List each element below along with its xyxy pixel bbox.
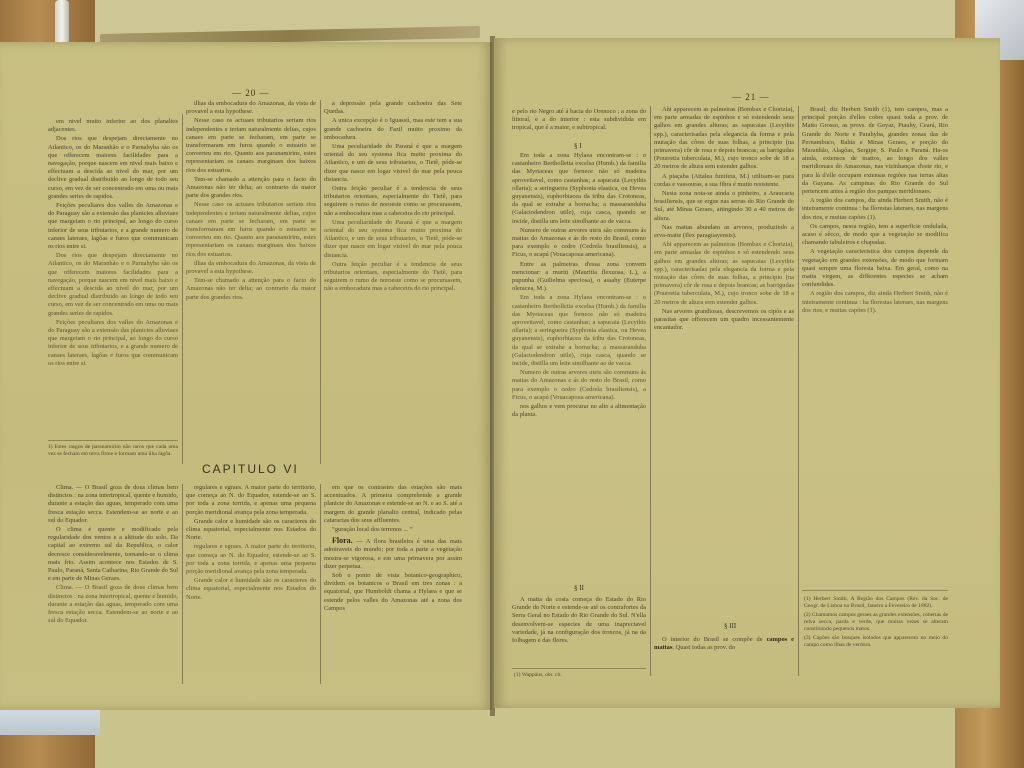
paragraph: Grande calor e humidade são os caractere…: [186, 577, 316, 602]
right-col-2: Ahi apparecem as palmeiras (Bombax e Cho…: [654, 106, 794, 606]
paragraph: Outra feição peculiar é a tendencia de s…: [324, 261, 462, 294]
paragraph: Feições peculiares dos valles do Amazona…: [48, 319, 178, 368]
paragraph: A região dos campos, diz ainda Herbert S…: [802, 290, 948, 315]
footnote: (3) Capões são bosques isolados que appa…: [804, 635, 948, 649]
paragraph: ilhas da embocadura do Amazonas, da vist…: [186, 260, 316, 276]
left-col-2-top: ilhas da embocadura do Amazonas, da vist…: [186, 100, 316, 462]
paragraph: e pelo rio Negro até á bacia do Orenoco …: [512, 108, 646, 133]
paragraph: ilhas da embocadura do Amazonas, da vist…: [186, 100, 316, 116]
paragraph: Numero de outras arvores uteis são commu…: [512, 369, 646, 402]
paragraph: Ahi apparecem as palmeiras (Bombax e Cho…: [654, 241, 794, 307]
paragraph: regulares e egraes. A maior parte do ter…: [186, 484, 316, 517]
column-rule: [320, 484, 321, 684]
page-number-right: — 21 —: [732, 92, 770, 102]
paragraph: Sob o ponto de vista botanico-geographic…: [324, 572, 462, 613]
paragraph: A unica excepção é o Iguassú, mas este t…: [324, 117, 462, 142]
paragraph: Outra feição peculiar é a tendencia de s…: [324, 185, 462, 218]
paragraph: a depressão pela grande cachoeira das Se…: [324, 100, 462, 116]
paragraph: Nesse caso os actuaes tributarios seriam…: [186, 201, 316, 258]
paragraph: Nesta zona nota-se ainda o pinheiro, a A…: [654, 190, 794, 223]
paragraph: Uma peculiaridade do Paraná é que a marg…: [324, 143, 462, 184]
right-col-1: Em toda a zona Hylaea encontram-se : o c…: [512, 152, 646, 572]
footnotes-right: (1) Herbert Smith, A Região dos Campos (…: [804, 596, 948, 649]
paragraph: Dos rios que despejam directamente no At…: [48, 252, 178, 318]
footnote-left: 1) Estes rasgos de paranamirim não raros…: [48, 444, 178, 458]
paragraph: Grande calor e humidade são os caractere…: [186, 518, 316, 543]
section-3-tail: . Quasi todas as prov. do: [672, 644, 735, 651]
chapter-title: CAPITULO VI: [202, 462, 299, 476]
footnote-divider: [512, 668, 646, 669]
column-rule: [182, 114, 183, 464]
paragraph: O interior do Brasil se compõe de campos…: [654, 636, 794, 652]
flora-heading: Flora.: [332, 536, 353, 545]
right-col-1-section-2: A matta da costa começa do Estado do Rio…: [512, 596, 646, 666]
paragraph: Ahi apparecem as palmeiras (Bombax e Cho…: [654, 106, 794, 172]
section-heading-3: § III: [724, 622, 736, 630]
paragraph: A piaçaba (Attalea funifera, M.) utilisa…: [654, 173, 794, 189]
paragraph: Nas mattas abundam as arvores, produzind…: [654, 224, 794, 240]
paragraph: regulares e egraes. A maior parte do ter…: [186, 543, 316, 576]
left-col-1-top: em nivel muito inferior ao dos planaltos…: [48, 118, 178, 438]
paragraph: A matta da costa começa do Estado do Rio…: [512, 596, 646, 645]
paragraph: A região dos campos, diz ainda Herbert S…: [802, 197, 948, 222]
paragraph: “guração local dos terrenos ... ”: [324, 526, 462, 534]
paragraph: O clima é quente e modificado pela regul…: [48, 526, 178, 583]
footnote: (2) Chamamos campos geraes as grandes ex…: [804, 612, 948, 633]
paragraph: Nas arvores grandiosas, descrevemos os c…: [654, 308, 794, 333]
right-page: — 21 — e pelo rio Negro até á bacia do O…: [494, 38, 1000, 708]
paragraph: nos galhos e vem procurar no alto a alim…: [512, 403, 646, 419]
left-col-2-bottom: regulares e egraes. A maior parte do ter…: [186, 484, 316, 684]
section-3-lead: O interior do Brasil se compõe de: [662, 636, 767, 643]
column-rule: [182, 484, 183, 684]
page-number-left: — 20 —: [232, 88, 270, 98]
left-col-3-bottom: em que os contrastes das estações são ma…: [324, 484, 462, 684]
paragraph: Numero de outras arvores uteis são commu…: [512, 227, 646, 260]
footnote: (1) Herbert Smith, A Região dos Campos (…: [804, 596, 948, 610]
paragraph: Clima. — O Brasil goza de dous climas be…: [48, 584, 178, 625]
section-heading-2: § II: [574, 584, 584, 592]
left-col-1-bottom: Clima. — O Brasil goza de dous climas be…: [48, 484, 178, 684]
paragraph: Dos rios que despejam directamente no At…: [48, 135, 178, 201]
footnote-wappaus: (1) Wappäus, obr. cit.: [514, 672, 644, 679]
left-page: — 20 — em nivel muito inferior ao dos pl…: [0, 42, 492, 710]
paragraph: em nivel muito inferior ao dos planaltos…: [48, 118, 178, 134]
paragraph: Nesse caso os actuaes tributarios seriam…: [186, 117, 316, 174]
flora-paragraph: Flora. — A flora brasileira é uma das ma…: [324, 537, 462, 571]
paragraph: Os campos, nessa região, tem a superfici…: [802, 223, 948, 248]
paragraph: Tem-se chamado a attenção para o facto d…: [186, 277, 316, 302]
paragraph: Entre as palmeiras d'essa zona convem me…: [512, 261, 646, 294]
open-book: — 20 — em nivel muito inferior ao dos pl…: [0, 30, 1000, 720]
paragraph: Brasil, diz Herbert Smith (1), tem campo…: [802, 106, 948, 196]
right-col-3: Brasil, diz Herbert Smith (1), tem campo…: [802, 106, 948, 584]
paragraph: Em toda a zona Hylaea encontram-se : o c…: [512, 152, 646, 226]
right-col-1-intro: e pelo rio Negro até á bacia do Orenoco …: [512, 108, 646, 138]
paragraph: Uma peculiaridade do Paraná é que a marg…: [324, 219, 462, 260]
paragraph: A vegetação caracteristica dos campos de…: [802, 248, 948, 289]
paragraph: Tem-se chamado a attenção para o facto d…: [186, 176, 316, 201]
footnote-divider: [48, 440, 178, 441]
footnote-divider: [802, 590, 948, 591]
paragraph: Clima. — O Brasil goza de dous climas be…: [48, 484, 178, 525]
left-col-3-top: a depressão pela grande cachoeira das Se…: [324, 100, 462, 462]
paragraph: em que os contrastes das estações são ma…: [324, 484, 462, 525]
paragraph: Em toda a zona Hylaea encontram-se : o c…: [512, 294, 646, 368]
section-heading-1: § I: [574, 142, 582, 150]
column-rule: [798, 106, 799, 676]
column-rule: [320, 100, 321, 464]
right-col-2-section-3: O interior do Brasil se compõe de campos…: [654, 636, 794, 660]
paragraph: Feições peculiares dos valles do Amazona…: [48, 202, 178, 251]
column-rule: [650, 106, 651, 676]
